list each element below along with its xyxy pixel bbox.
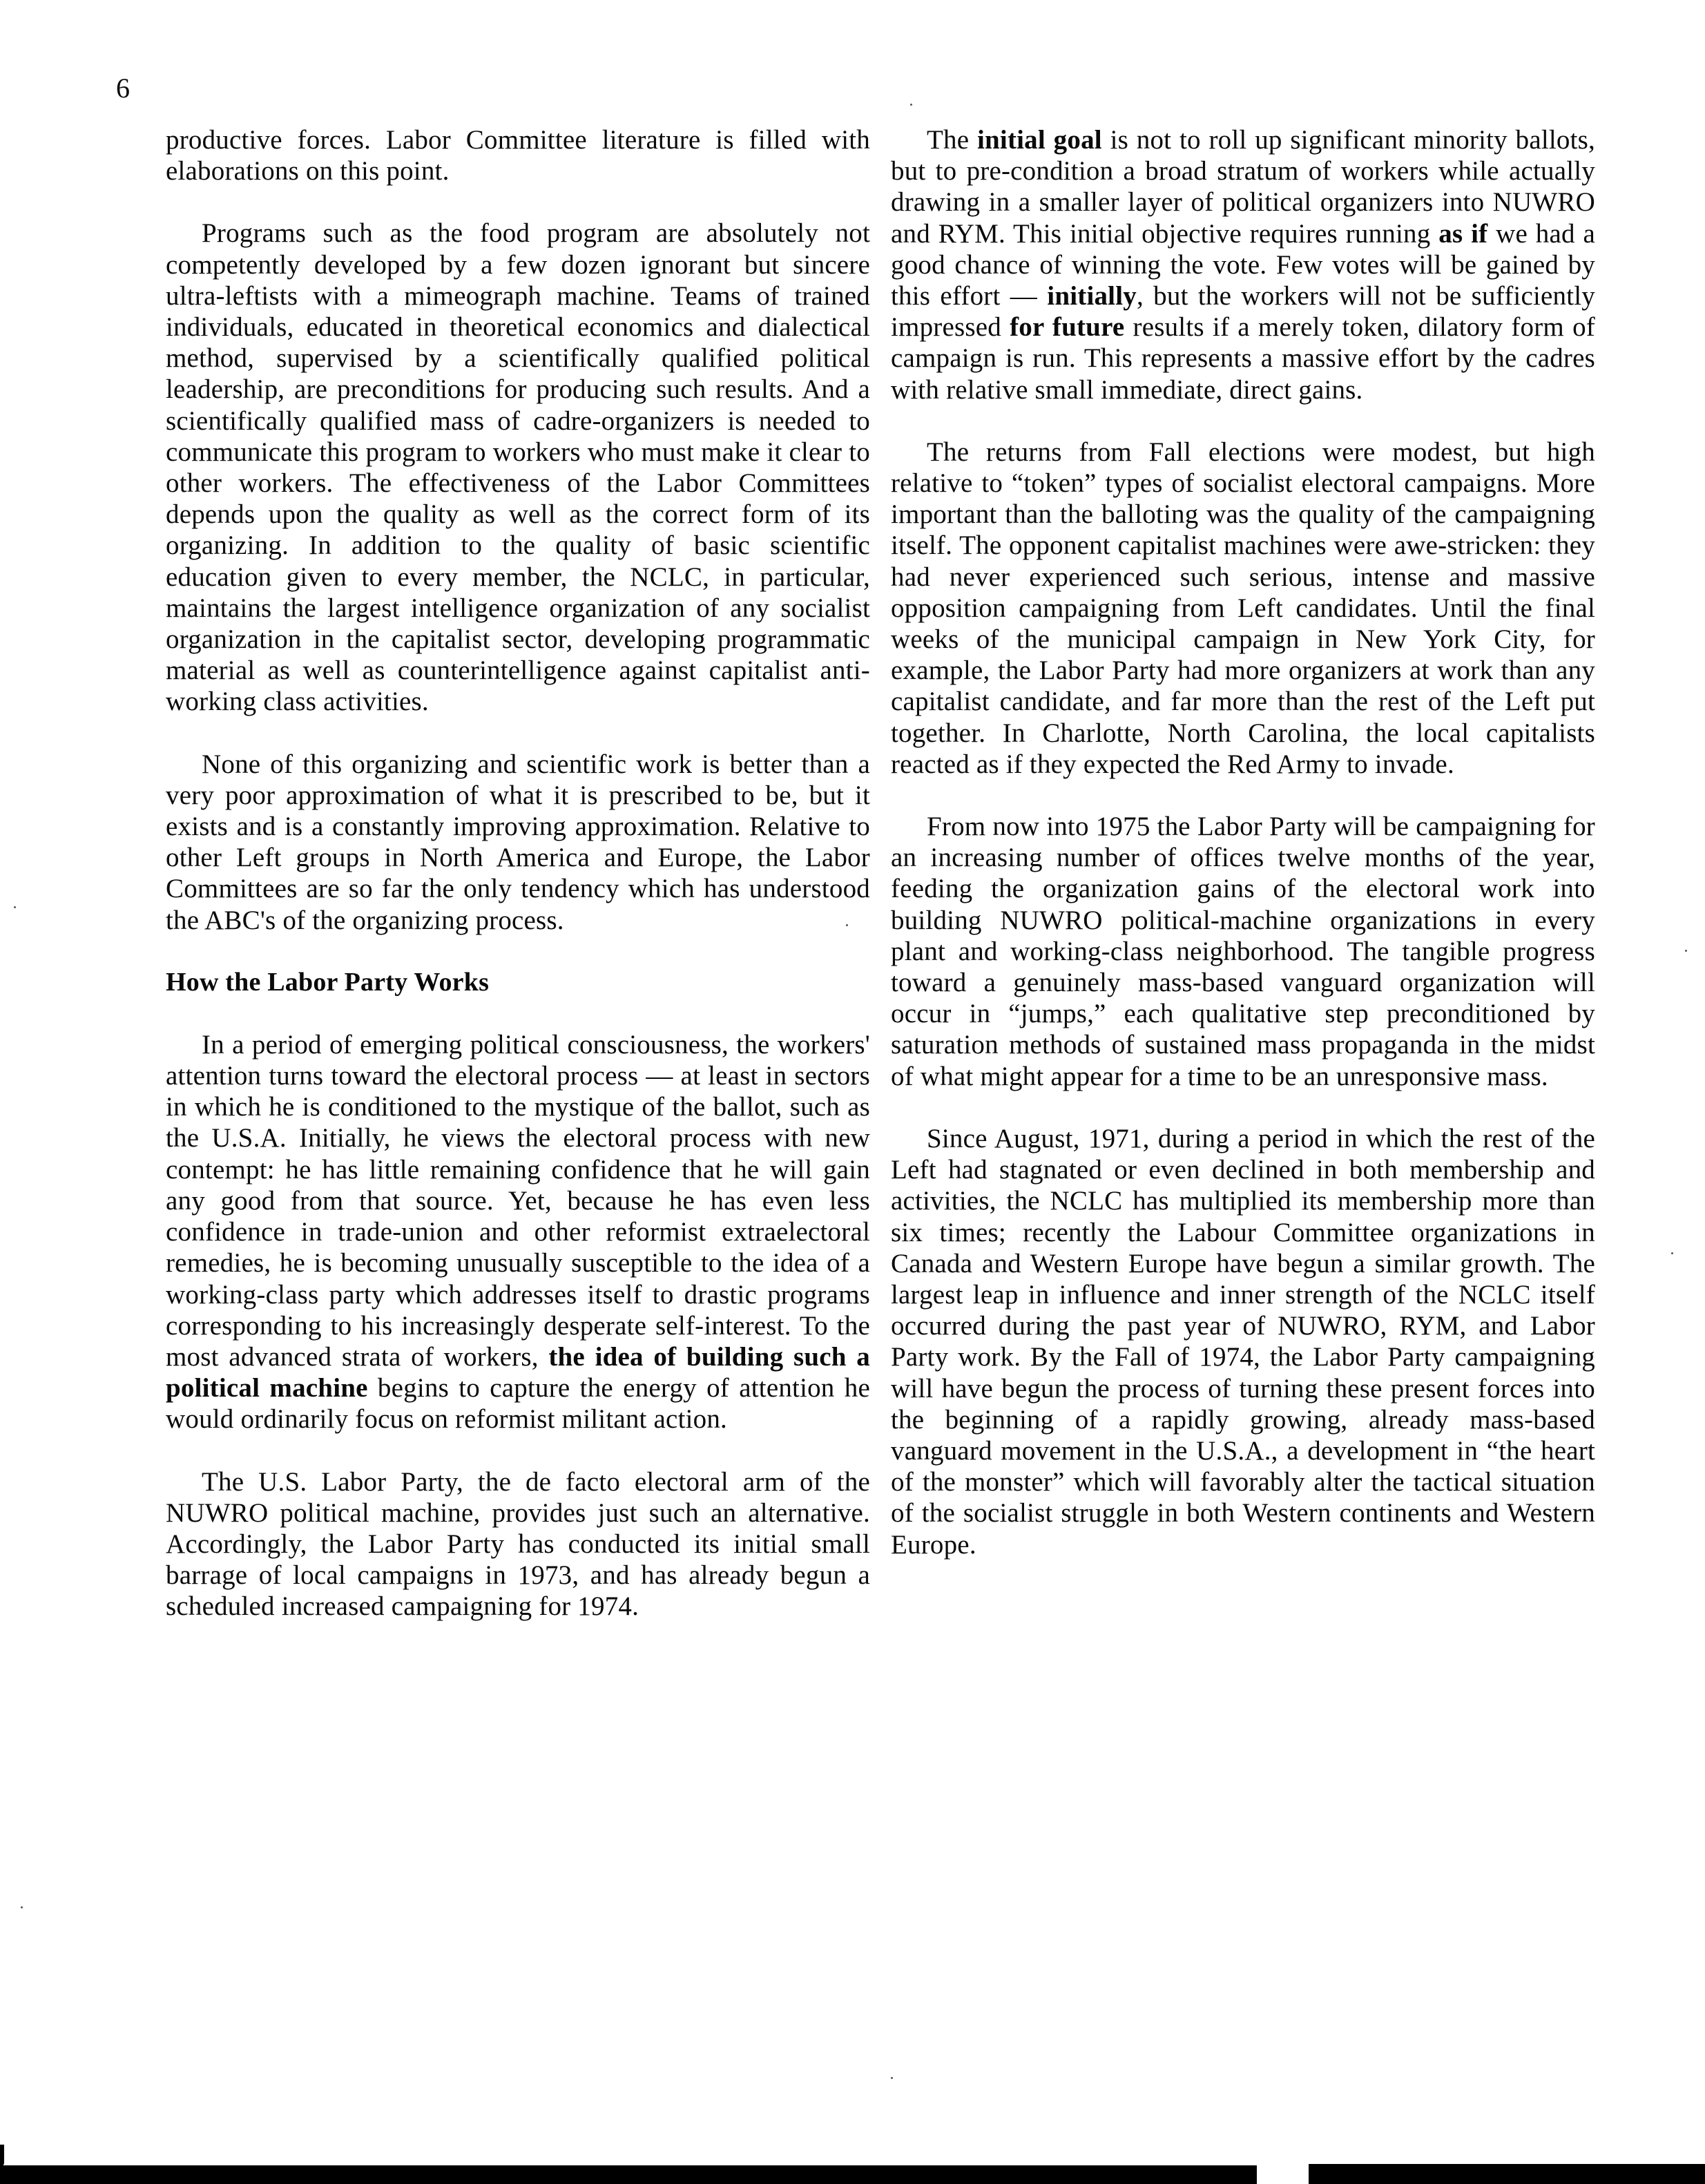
paragraph-fall-elections: The returns from Fall elections were mod… xyxy=(891,437,1595,780)
scan-speck xyxy=(14,906,16,908)
paragraph-initial-goal: The initial goal is not to roll up signi… xyxy=(891,124,1595,405)
scan-bottom-border-left xyxy=(0,2165,1257,2184)
right-column: The initial goal is not to roll up signi… xyxy=(891,124,1595,1591)
scan-bottom-border-right xyxy=(1309,2164,1705,2184)
left-column: productive forces. Labor Committee liter… xyxy=(166,124,870,1654)
section-heading: How the Labor Party Works xyxy=(166,967,870,998)
scan-speck xyxy=(1671,1252,1673,1254)
text-run: The xyxy=(927,125,977,155)
paragraph-since-august-1971: Since August, 1971, during a period in w… xyxy=(891,1123,1595,1560)
scan-speck xyxy=(846,924,848,926)
paragraph-us-labor-party: The U.S. Labor Party, the de facto elect… xyxy=(166,1466,870,1622)
scan-speck xyxy=(891,2077,893,2079)
paragraph-from-now-into-1975: From now into 1975 the Labor Party will … xyxy=(891,811,1595,1092)
paragraph-none-of-this: None of this organizing and scientific w… xyxy=(166,749,870,936)
paragraph-emerging-consciousness: In a period of emerging political consci… xyxy=(166,1029,870,1435)
paragraph-productive-forces: productive forces. Labor Committee liter… xyxy=(166,124,870,186)
scan-speck xyxy=(21,1906,23,1908)
bold-emphasis: as if xyxy=(1438,219,1487,249)
text-run: In a period of emerging political consci… xyxy=(166,1030,870,1372)
bold-emphasis: initial goal xyxy=(977,125,1102,155)
bold-emphasis: for future xyxy=(1010,312,1124,342)
scan-speck xyxy=(1685,950,1687,952)
bold-emphasis: initially xyxy=(1047,281,1137,311)
scan-speck xyxy=(910,104,912,106)
page-number: 6 xyxy=(116,72,130,105)
scan-edge-shadow xyxy=(0,2145,4,2167)
paragraph-programs: Programs such as the food program are ab… xyxy=(166,218,870,717)
